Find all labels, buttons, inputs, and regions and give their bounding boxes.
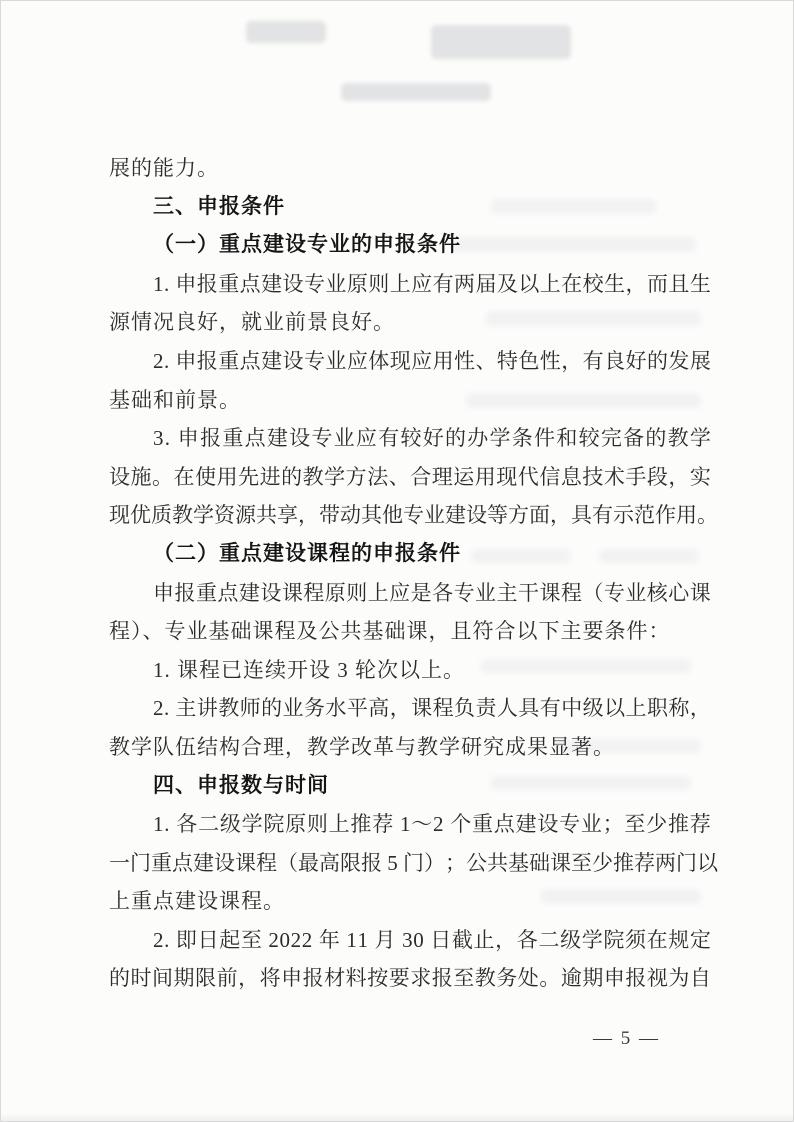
text-line: 2. 即日起至 2022 年 11 月 30 日截止，各二级学院须在规定 xyxy=(109,921,711,960)
text-line: 展的能力。 xyxy=(109,149,711,188)
text-line: 现优质教学资源共享，带动其他专业建设等方面，具有示范作用。 xyxy=(109,496,711,535)
smudge xyxy=(246,21,326,43)
page-number: — 5 — xyxy=(593,1028,660,1050)
text-line: 设施。在使用先进的教学方法、合理运用现代信息技术手段，实 xyxy=(109,458,711,497)
text-line: 2. 主讲教师的业务水平高，课程负责人具有中级以上职称， xyxy=(109,689,711,728)
text-line: 一门重点建设课程（最高限报 5 门）；公共基础课至少推荐两门以 xyxy=(109,844,711,883)
text-line: 1. 各二级学院原则上推荐 1～2 个重点建设专业；至少推荐 xyxy=(109,805,711,844)
document-page: 展的能力。三、申报条件（一）重点建设专业的申报条件1. 申报重点建设专业原则上应… xyxy=(0,0,794,1122)
heading-line: （一）重点建设专业的申报条件 xyxy=(109,226,711,265)
text-line: 申报重点建设课程原则上应是各专业主干课程（专业核心课 xyxy=(109,574,711,613)
text-line: 的时间期限前，将申报材料按要求报至教务处。逾期申报视为自 xyxy=(109,959,711,998)
text-line: 2. 申报重点建设专业应体现应用性、特色性，有良好的发展 xyxy=(109,342,711,381)
text-line: 3. 申报重点建设专业应有较好的办学条件和较完备的教学 xyxy=(109,419,711,458)
text-line: 上重点建设课程。 xyxy=(109,882,711,921)
text-line: 教学队伍结构合理，教学改革与教学研究成果显著。 xyxy=(109,728,711,767)
heading-line: （二）重点建设课程的申报条件 xyxy=(109,535,711,574)
text-line: 1. 课程已连续开设 3 轮次以上。 xyxy=(109,651,711,690)
text-line: 1. 申报重点建设专业原则上应有两届及以上在校生，而且生 xyxy=(109,265,711,304)
smudge xyxy=(341,83,491,101)
text-line: 基础和前景。 xyxy=(109,381,711,420)
smudge xyxy=(431,25,571,59)
heading-line: 三、申报条件 xyxy=(109,188,711,227)
heading-line: 四、申报数与时间 xyxy=(109,767,711,806)
text-line: 源情况良好，就业前景良好。 xyxy=(109,303,711,342)
text-line: 程）、专业基础课程及公共基础课，且符合以下主要条件： xyxy=(109,612,711,651)
document-body: 展的能力。三、申报条件（一）重点建设专业的申报条件1. 申报重点建设专业原则上应… xyxy=(109,149,711,998)
